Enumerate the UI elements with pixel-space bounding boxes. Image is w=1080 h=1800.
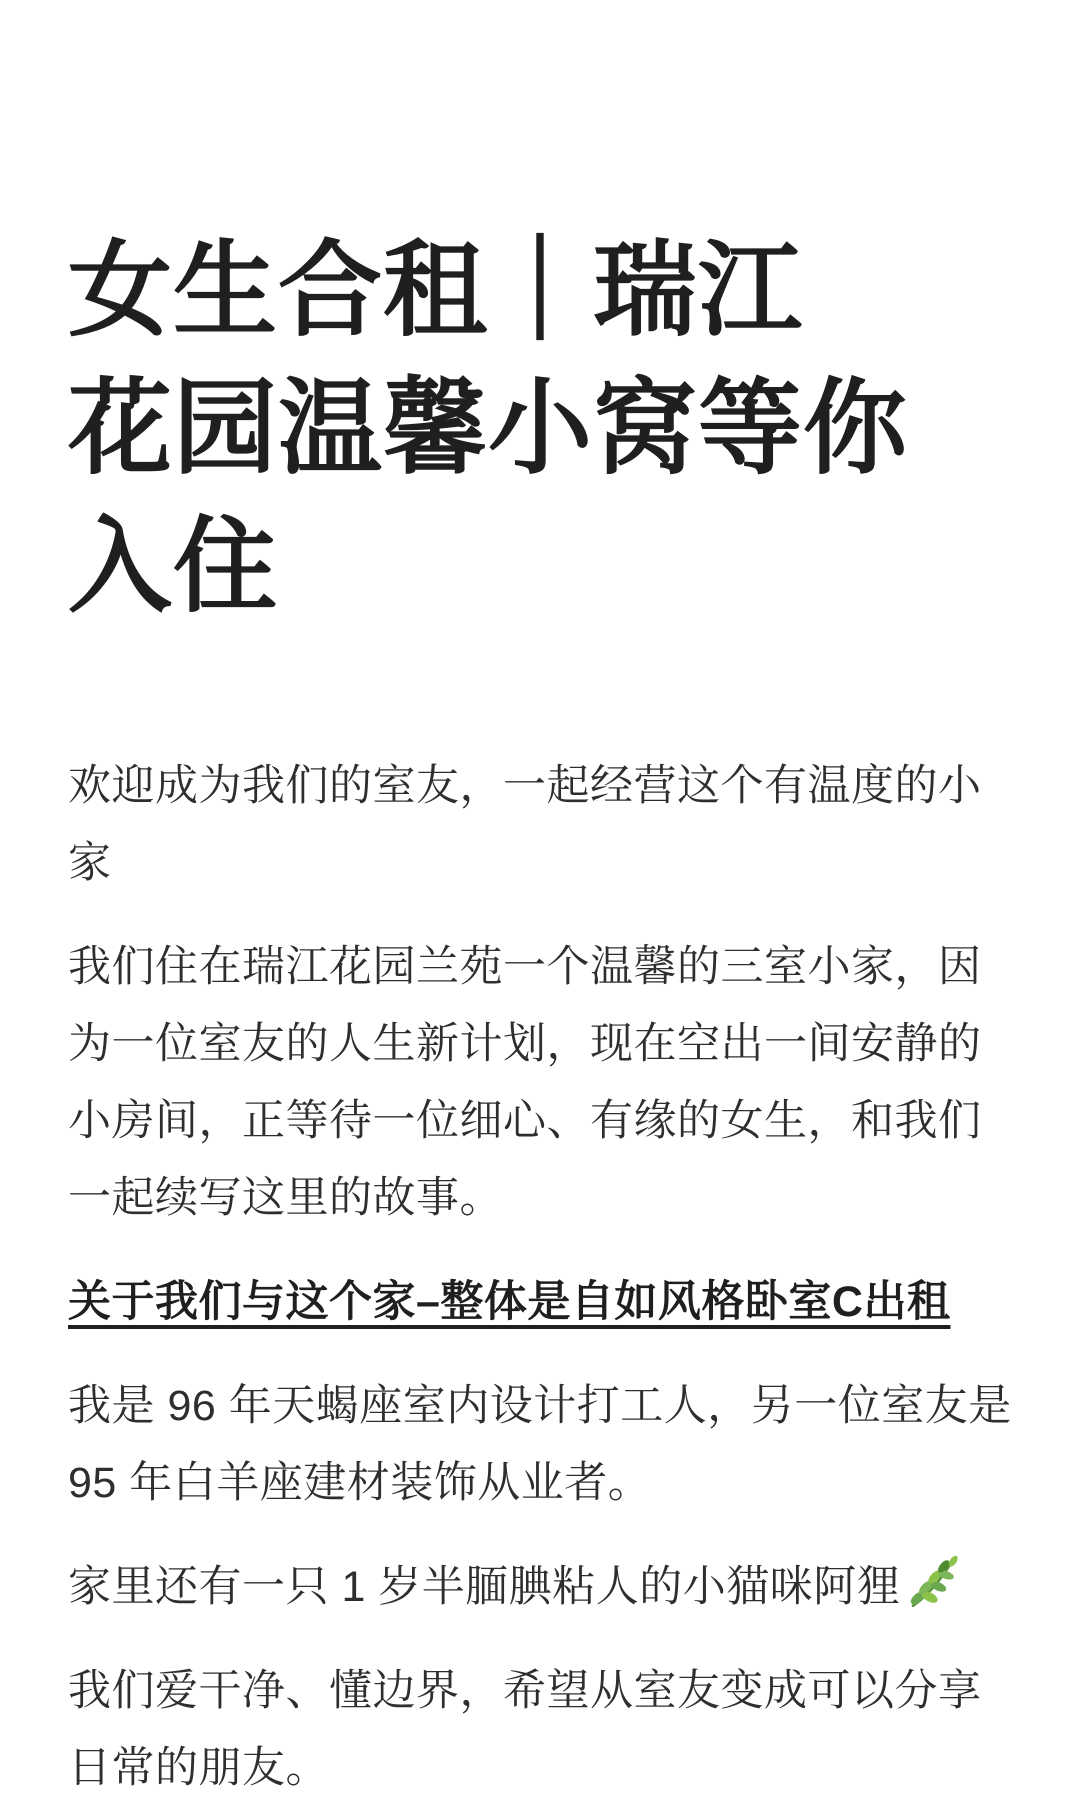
- intro-paragraph-home-story: 我们住在瑞江花园兰苑一个温馨的三室小家，因为一位室友的人生新计划，现在空出一间安…: [68, 929, 1012, 1237]
- page-title-line-2: 花园温馨小窝等你: [68, 360, 1012, 498]
- page-title: 女生合租｜瑞江 花园温馨小窝等你 入住: [68, 222, 1012, 636]
- paragraph-cat-text: 家里还有一只 1 岁半腼腆粘人的小猫咪阿狸: [68, 1563, 900, 1611]
- intro-paragraph-welcome: 欢迎成为我们的室友，一起经营这个有温度的小家: [68, 748, 1012, 902]
- paragraph-values: 我们爱干净、懂边界，希望从室友变成可以分享日常的朋友。: [68, 1653, 1012, 1800]
- paragraph-roommates: 我是 96 年天蝎座室内设计打工人，另一位室友是 95 年白羊座建材装饰从业者。: [68, 1368, 1012, 1522]
- article-page: 女生合租｜瑞江 花园温馨小窝等你 入住 欢迎成为我们的室友，一起经营这个有温度的…: [0, 222, 1080, 1800]
- section-heading-about-us: 关于我们与这个家–整体是自如风格卧室C出租: [68, 1264, 1012, 1341]
- page-title-line-3: 入住: [68, 498, 1012, 636]
- paragraph-cat: 家里还有一只 1 岁半腼腆粘人的小猫咪阿狸: [68, 1549, 1012, 1626]
- page-title-line-1: 女生合租｜瑞江: [68, 222, 1012, 360]
- herb-leaves-icon: [906, 1555, 962, 1611]
